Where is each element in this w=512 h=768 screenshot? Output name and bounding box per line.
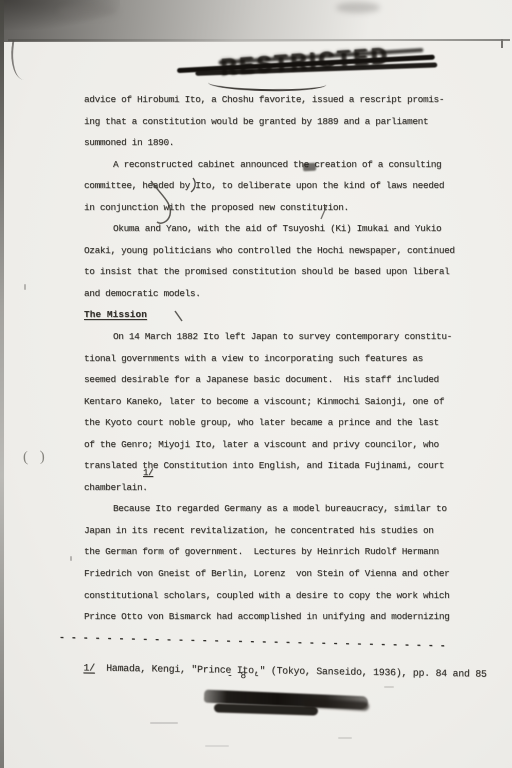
- footnote-reference-superscript: 1/: [143, 468, 153, 478]
- body-line: advice of Hirobumi Ito, a Choshu favorit…: [84, 89, 468, 111]
- body-line: constitutional scholars, coupled with a …: [84, 585, 468, 607]
- body-line: and democratic models.: [84, 283, 468, 305]
- body-line: Japan in its recent revitalization, he c…: [84, 520, 468, 542]
- body-line: Because Ito regarded Germany as a model …: [84, 498, 468, 520]
- redacted-stamp-underline: [214, 703, 318, 715]
- scan-smudge: [70, 556, 72, 561]
- paper-edge-tick: [501, 39, 503, 48]
- body-line: Prince Otto von Bismarck had accomplishe…: [84, 606, 468, 628]
- body-line: of the Genro; Miyoji Ito, later a viscou…: [84, 434, 468, 456]
- body-line: committee, headed by Ito, to deliberate …: [84, 175, 468, 197]
- restricted-stamp: RESTRICTED: [212, 39, 410, 91]
- footnote-text: Hamada, Kengi, "Prince Ito," (Tokyo, San…: [95, 663, 487, 680]
- body-line: in conjunction with the proposed new con…: [84, 197, 468, 219]
- body-text: advice of Hirobumi Ito, a Choshu favorit…: [84, 89, 468, 628]
- margin-annotation: ( ): [23, 449, 49, 467]
- footnote: 1/ Hamada, Kengi, "Prince Ito," (Tokyo, …: [60, 651, 486, 691]
- footnote-marker: 1/: [83, 662, 95, 673]
- scan-smudge: [58, 5, 118, 18]
- body-line: seemed desirable for a Japanese basic do…: [84, 369, 468, 391]
- body-line: the Kyoto court noble group, who later b…: [84, 412, 468, 434]
- body-line: tional governments with a view to incorp…: [84, 348, 468, 370]
- paper-left-edge: [0, 0, 4, 768]
- body-line: translated the Constitution into English…: [84, 455, 468, 477]
- body-line: On 14 March 1882 Ito left Japan to surve…: [84, 326, 468, 348]
- scan-smudge: [150, 722, 178, 724]
- body-line: summoned in 1890.: [84, 132, 468, 154]
- section-heading: The Mission: [84, 304, 468, 326]
- scan-smudge: [24, 284, 26, 290]
- body-line: Ozaki, young politicians who controlled …: [84, 240, 468, 262]
- body-line: to insist that the promised constitution…: [84, 261, 468, 283]
- handwritten-tick-mark: [173, 309, 185, 323]
- body-line: ing that a constitution would be granted…: [84, 111, 468, 133]
- body-line: Friedrich von Gneist of Berlin, Lorenz v…: [84, 563, 468, 585]
- page-number: - 8 -: [227, 670, 261, 681]
- body-line: Kentaro Kaneko, later to become a viscou…: [84, 391, 468, 413]
- scan-smudge: [336, 2, 380, 13]
- scan-smudge: [205, 745, 229, 747]
- paper-top-edge: [8, 39, 510, 41]
- body-line: A reconstructed cabinet announced the cr…: [84, 154, 468, 176]
- body-line: Okuma and Yano, with the aid of Tsuyoshi…: [84, 218, 468, 240]
- footnote-separator: ---------------------------------: [59, 633, 452, 653]
- body-line: chamberlain.: [84, 477, 468, 499]
- handwritten-slash-mark: [318, 203, 330, 221]
- body-line: the German form of government. Lectures …: [84, 541, 468, 563]
- handwritten-comma-mark: [189, 176, 201, 194]
- scan-smudge: [338, 737, 352, 739]
- handwritten-stroke: [144, 178, 180, 228]
- scanned-document-page: RESTRICTED advice of Hirobumi Ito, a Cho…: [0, 0, 512, 768]
- paper-corner-curl: [8, 40, 29, 80]
- typewriter-overstrike-smudge: [303, 163, 316, 172]
